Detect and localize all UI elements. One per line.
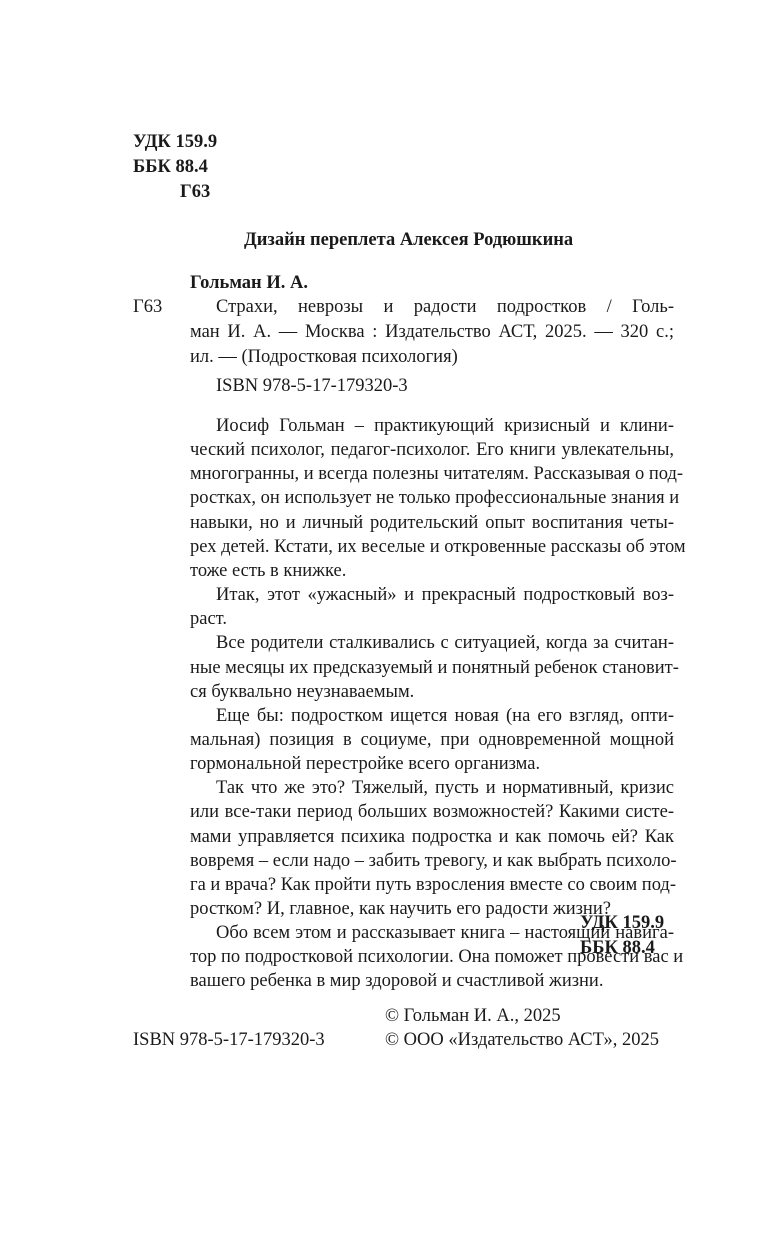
annotation-line: гормональной перестройке всего организма… bbox=[190, 752, 540, 776]
catalog-mark: Г63 bbox=[133, 295, 162, 319]
annotation-line: рех детей. Кстати, их веселые и откровен… bbox=[190, 535, 674, 559]
annotation-line: ные месяцы их предсказуемый и понятный р… bbox=[190, 656, 674, 680]
footer-udk-code: УДК 159.9 bbox=[580, 911, 664, 935]
catalog-isbn: ISBN 978-5-17-179320-3 bbox=[216, 374, 408, 398]
footer-bbk-code: ББК 88.4 bbox=[580, 936, 655, 960]
annotation-line: или все-таки период больших возможностей… bbox=[190, 800, 674, 824]
annotation-line: вовремя – если надо – забить тревогу, и … bbox=[190, 849, 674, 873]
copyright-publisher: © ООО «Издательство АСТ», 2025 bbox=[385, 1028, 659, 1052]
isbn: ISBN 978-5-17-179320-3 bbox=[133, 1028, 325, 1052]
annotation-line: Иосиф Гольман – практикующий кризисный и… bbox=[216, 414, 674, 438]
annotation-line: Все родители сталкивались с ситуацией, к… bbox=[216, 631, 674, 655]
udk-code: УДК 159.9 bbox=[133, 130, 217, 154]
annotation-line: ростком? И, главное, как научить его рад… bbox=[190, 897, 611, 921]
annotation-line: мальная) позиция в социуме, при одноврем… bbox=[190, 728, 674, 752]
annotation-line: навыки, но и личный родительский опыт во… bbox=[190, 511, 674, 535]
annotation-line: мами управляется психика подростка и как… bbox=[190, 825, 674, 849]
annotation-line: ческий психолог, педагог-психолог. Его к… bbox=[190, 438, 674, 462]
bbk-code: ББК 88.4 bbox=[133, 155, 208, 179]
annotation-line: ся буквально неузнаваемым. bbox=[190, 680, 414, 704]
catalog-line: ман И. А. — Москва : Издательство АСТ, 2… bbox=[190, 320, 674, 344]
catalog-line: Страхи, неврозы и радости подростков / Г… bbox=[216, 295, 674, 319]
annotation-line: многогранны, и всегда полезны читателям.… bbox=[190, 462, 674, 486]
annotation-line: ростках, он использует не только професс… bbox=[190, 486, 674, 510]
copyright-author: © Гольман И. А., 2025 bbox=[385, 1004, 561, 1028]
annotation-line: Так что же это? Тяжелый, пусть и нормати… bbox=[216, 776, 674, 800]
catalog-author: Гольман И. А. bbox=[190, 271, 308, 295]
catalog-line: ил. — (Подростковая психология) bbox=[190, 345, 458, 369]
annotation-line: раст. bbox=[190, 607, 227, 631]
annotation-line: Еще бы: подростком ищется новая (на его … bbox=[216, 704, 674, 728]
annotation-line: га и врача? Как пройти путь взросления в… bbox=[190, 873, 674, 897]
cover-design-credit: Дизайн переплета Алексея Родюшкина bbox=[244, 228, 573, 252]
annotation-line: Итак, этот «ужасный» и прекрасный подрос… bbox=[216, 583, 674, 607]
author-mark: Г63 bbox=[180, 180, 210, 204]
annotation-line: тоже есть в книжке. bbox=[190, 559, 346, 583]
annotation-line: вашего ребенка в мир здоровой и счастлив… bbox=[190, 969, 603, 993]
